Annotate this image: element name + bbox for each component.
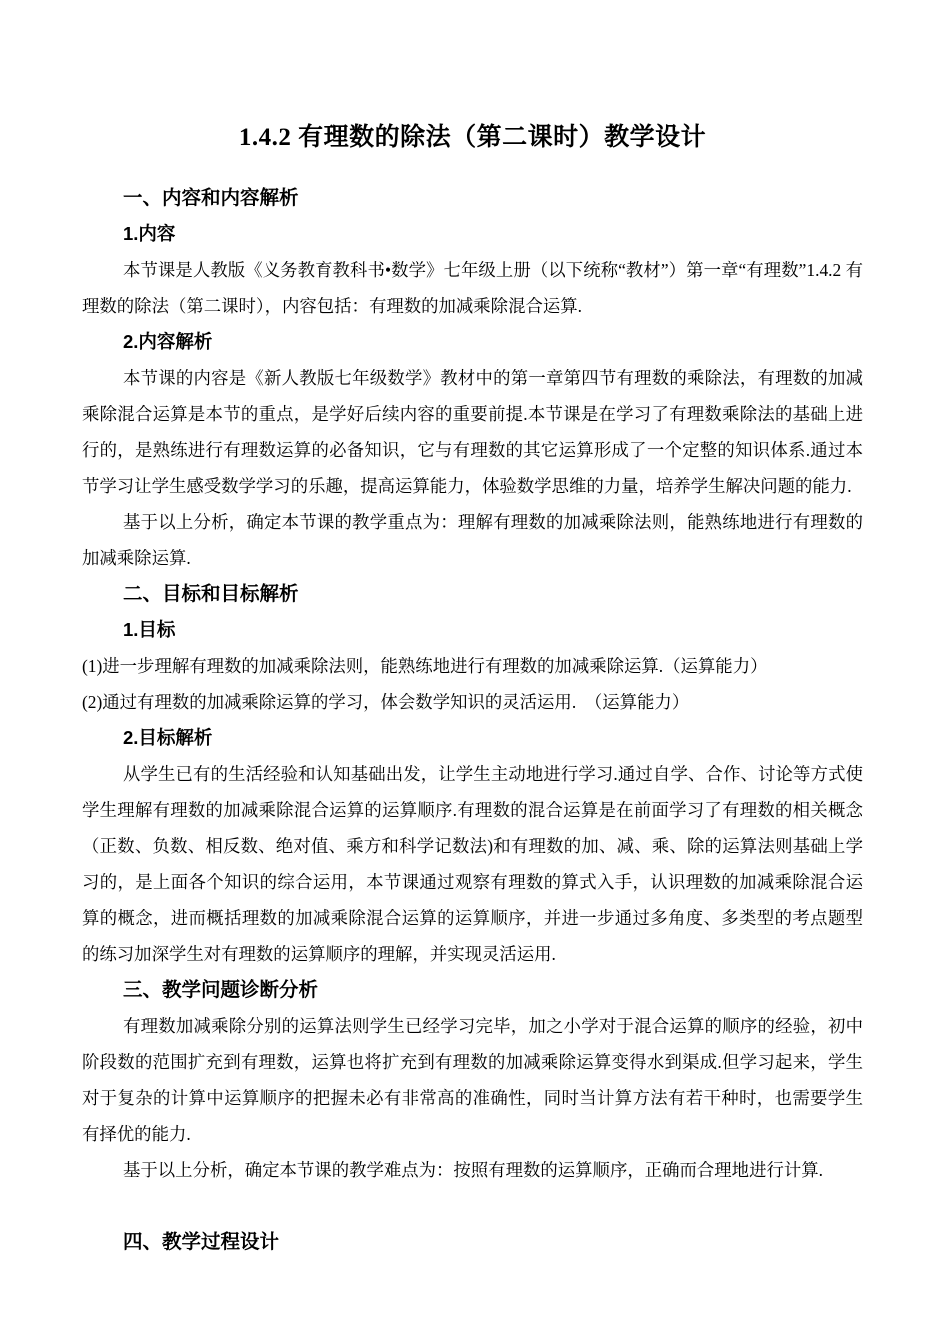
subsection-heading-content-analysis: 2.内容解析 [82, 324, 863, 360]
paragraph-content-analysis: 本节课的内容是《新人教版七年级数学》教材中的第一章第四节有理数的乘除法，有理数的… [82, 360, 863, 504]
subsection-heading-goals: 1.目标 [82, 612, 863, 648]
paragraph-content: 本节课是人教版《义务教育教科书•数学》七年级上册（以下统称“教材”）第一章“有理… [82, 252, 863, 324]
subsection-heading-goals-analysis: 2.目标解析 [82, 720, 863, 756]
section-heading-problem-diagnosis: 三、教学问题诊断分析 [82, 972, 863, 1008]
document-title: 1.4.2 有理数的除法（第二课时）教学设计 [82, 0, 863, 158]
document-body: 一、内容和内容解析 1.内容 本节课是人教版《义务教育教科书•数学》七年级上册（… [82, 180, 863, 1260]
section-heading-teaching-process: 四、教学过程设计 [82, 1224, 863, 1260]
paragraph-problem-diagnosis: 有理数加减乘除分别的运算法则学生已经学习完毕，加之小学对于混合运算的顺序的经验，… [82, 1008, 863, 1152]
paragraph-goal-2: (2)通过有理数的加减乘除运算的学习，体会数学知识的灵活运用. （运算能力） [82, 684, 863, 720]
paragraph-teaching-difficulty: 基于以上分析，确定本节课的教学难点为：按照有理数的运算顺序，正确而合理地进行计算… [82, 1152, 863, 1188]
paragraph-teaching-key-point: 基于以上分析，确定本节课的教学重点为：理解有理数的加减乘除法则，能熟练地进行有理… [82, 504, 863, 576]
document-page: 1.4.2 有理数的除法（第二课时）教学设计 一、内容和内容解析 1.内容 本节… [0, 0, 950, 1344]
subsection-heading-content: 1.内容 [82, 216, 863, 252]
paragraph-goal-1: (1)进一步理解有理数的加减乘除法则，能熟练地进行有理数的加减乘除运算.（运算能… [82, 648, 863, 684]
section-heading-goals-analysis: 二、目标和目标解析 [82, 576, 863, 612]
paragraph-goals-analysis: 从学生已有的生活经验和认知基础出发，让学生主动地进行学习.通过自学、合作、讨论等… [82, 756, 863, 972]
section-heading-content-analysis: 一、内容和内容解析 [82, 180, 863, 216]
blank-line [82, 1188, 863, 1224]
